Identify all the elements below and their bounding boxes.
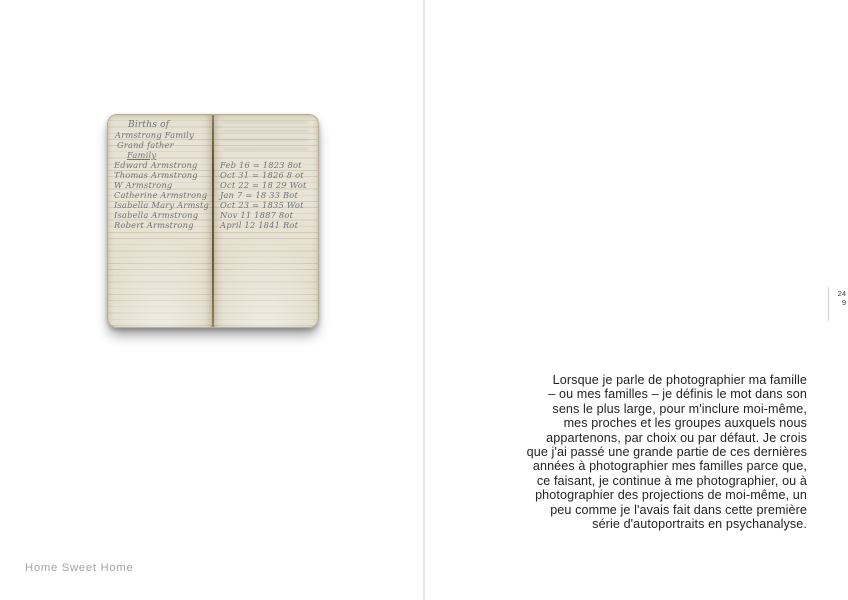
notebook-left-sheet: Births ofArmstrong FamilyGrand fatherFam…	[108, 115, 213, 327]
handwritten-entry: Jan 7 = 18 33 Bot	[220, 190, 318, 200]
paragraph-line: série d'autoportraits en psychanalyse.	[522, 517, 807, 531]
paragraph-line: peu comme je l'avais fait dans cette pre…	[522, 503, 807, 517]
handwritten-entry: Nov 11 1887 8ot	[220, 210, 318, 220]
notebook-photo: Births ofArmstrong FamilyGrand fatherFam…	[107, 114, 319, 328]
handwritten-entry-list: Feb 16 = 1823 8otOct 31 = 1826 8 otOct 2…	[213, 160, 318, 230]
paragraph-line: ce faisant, je continue à me photographi…	[522, 474, 807, 488]
handwritten-header-line: Grand father	[117, 140, 213, 150]
handwritten-header-line: Armstrong Family	[115, 130, 213, 140]
page-number: 24 9	[829, 287, 846, 307]
spread-gutter-divider	[423, 0, 425, 600]
paragraph-line: Lorsque je parle de photographier ma fam…	[522, 373, 807, 387]
handwritten-header-line: Births of	[128, 120, 213, 130]
handwritten-entry: Oct 22 = 18 29 Wot	[220, 180, 318, 190]
handwritten-header: Births ofArmstrong FamilyGrand fatherFam…	[108, 115, 213, 160]
handwritten-name: Edward Armstrong	[114, 160, 213, 170]
book-spread: Births ofArmstrong FamilyGrand fatherFam…	[0, 0, 848, 600]
paragraph-line: années à photographier mes familles parc…	[522, 459, 807, 473]
paragraph-line: que j'ai passé une grande partie de ces …	[522, 445, 807, 459]
notebook-right-sheet: Feb 16 = 1823 8otOct 31 = 1826 8 otOct 2…	[213, 115, 318, 327]
handwritten-name: W Armstrong	[114, 180, 213, 190]
paragraph-line: photographier des projections de moi-mêm…	[522, 488, 807, 502]
body-paragraph: Lorsque je parle de photographier ma fam…	[522, 373, 807, 531]
handwritten-name: Thomas Armstrong	[114, 170, 213, 180]
handwritten-entry: Oct 23 = 1835 Wot	[220, 200, 318, 210]
paragraph-line: appartenons, par choix ou par défaut. Je…	[522, 431, 807, 445]
show-through-writing	[223, 121, 308, 153]
paragraph-line: – ou mes familles – je définis le mot da…	[522, 387, 807, 401]
page-number-bottom: 9	[831, 299, 846, 308]
handwritten-entry: April 12 1841 Rot	[220, 220, 318, 230]
handwritten-name: Isabella Armstrong	[114, 210, 213, 220]
handwritten-name: Robert Armstrong	[114, 220, 213, 230]
chapter-caption: Home Sweet Home	[25, 562, 133, 574]
paragraph-line: sens le plus large, pour m'inclure moi-m…	[522, 402, 807, 416]
paragraph-line: mes proches et les groupes auxquels nous	[522, 416, 807, 430]
handwritten-name: Catherine Armstrong	[114, 190, 213, 200]
handwritten-entry: Oct 31 = 1826 8 ot	[220, 170, 318, 180]
handwritten-entry: Feb 16 = 1823 8ot	[220, 160, 318, 170]
handwritten-name: Isabella Mary Armstg	[114, 200, 213, 210]
page-number-block: 24 9	[828, 287, 846, 321]
handwritten-header-line: Family	[127, 150, 213, 160]
handwritten-name-list: Edward ArmstrongThomas ArmstrongW Armstr…	[108, 160, 213, 230]
